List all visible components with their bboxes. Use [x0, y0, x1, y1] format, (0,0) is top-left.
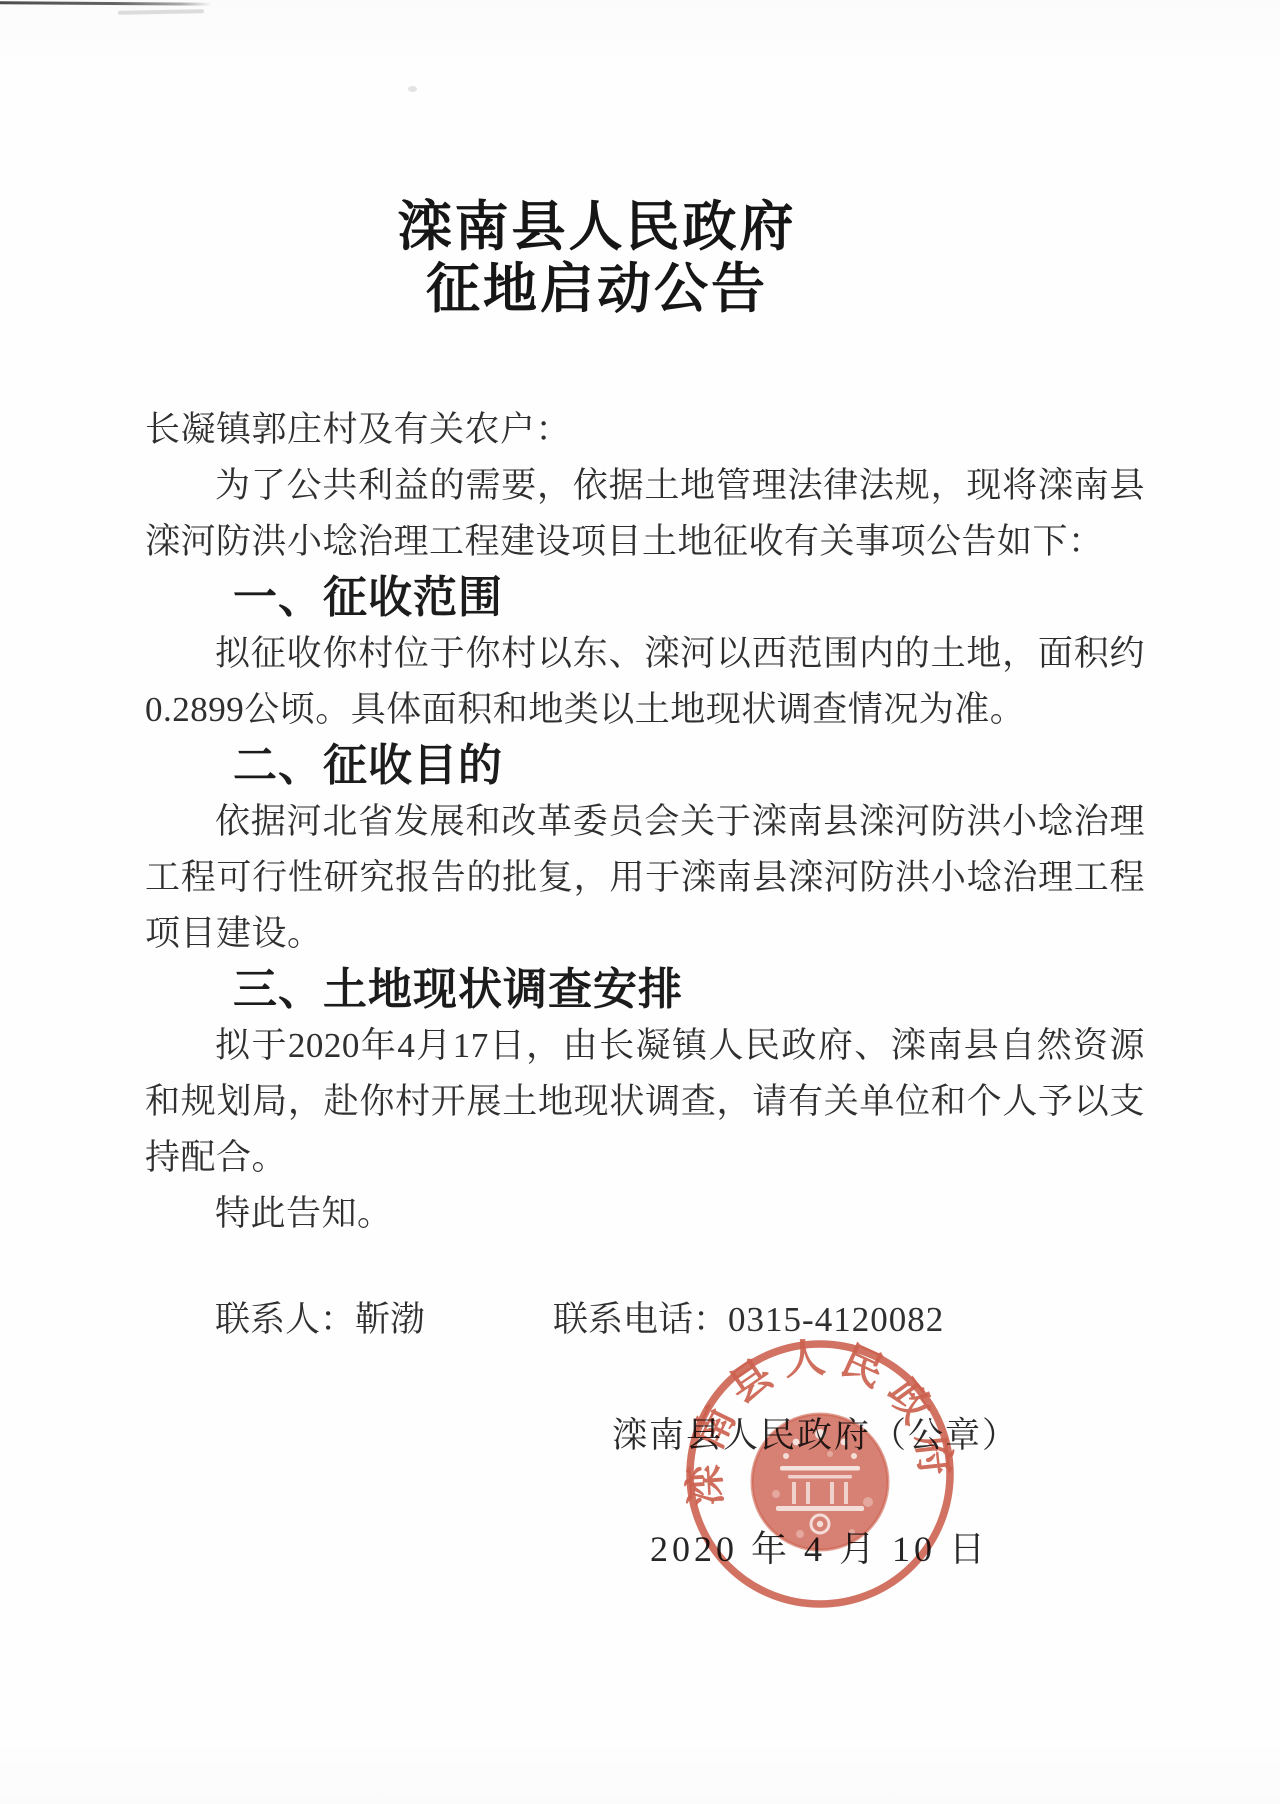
- title-line-1: 滦南县人民政府: [97, 196, 1097, 258]
- section-1-body: 拟征收你村位于你村以东、滦河以西范围内的土地，面积约0.2899公顷。具体面积和…: [145, 626, 1145, 738]
- contact-person-label: 联系人：: [215, 1300, 355, 1339]
- scan-artifact-smudge: [118, 9, 204, 15]
- section-3-heading: 三、土地现状调查安排: [145, 962, 1145, 1018]
- scan-artifact-speck: [408, 86, 417, 92]
- contact-phone-number: 0315-4120082: [728, 1300, 944, 1339]
- section-1-heading: 一、征收范围: [145, 570, 1145, 626]
- scanned-document-page: 滦南县人民政府 征地启动公告 长凝镇郭庄村及有关农户： 为了公共利益的需要，依据…: [0, 0, 1280, 1804]
- closing-line: 特此告知。: [145, 1186, 1145, 1242]
- section-2-heading: 二、征收目的: [145, 738, 1145, 794]
- contact-person-name: 靳渤: [355, 1300, 425, 1339]
- section-2-body: 依据河北省发展和改革委员会关于滦南县滦河防洪小埝治理工程可行性研究报告的批复，用…: [145, 794, 1145, 962]
- contact-phone-label: 联系电话：: [553, 1300, 728, 1339]
- document-title: 滦南县人民政府 征地启动公告: [97, 196, 1097, 320]
- date-line: 2020 年 4 月 10 日: [650, 1524, 989, 1574]
- document-body: 长凝镇郭庄村及有关农户： 为了公共利益的需要，依据土地管理法律法规，现将滦南县滦…: [145, 402, 1145, 1242]
- salutation: 长凝镇郭庄村及有关农户：: [145, 402, 1145, 458]
- scan-artifact-line: [0, 1, 212, 5]
- title-line-2: 征地启动公告: [97, 258, 1097, 320]
- intro-paragraph: 为了公共利益的需要，依据土地管理法律法规，现将滦南县滦河防洪小埝治理工程建设项目…: [145, 458, 1145, 570]
- contact-row: 联系人：靳渤联系电话：0315-4120082: [145, 1296, 1185, 1344]
- section-3-body: 拟于2020年4月17日，由长凝镇人民政府、滦南县自然资源和规划局，赴你村开展土…: [145, 1018, 1145, 1186]
- signature-line: 滦南县人民政府（公章）: [612, 1412, 1019, 1460]
